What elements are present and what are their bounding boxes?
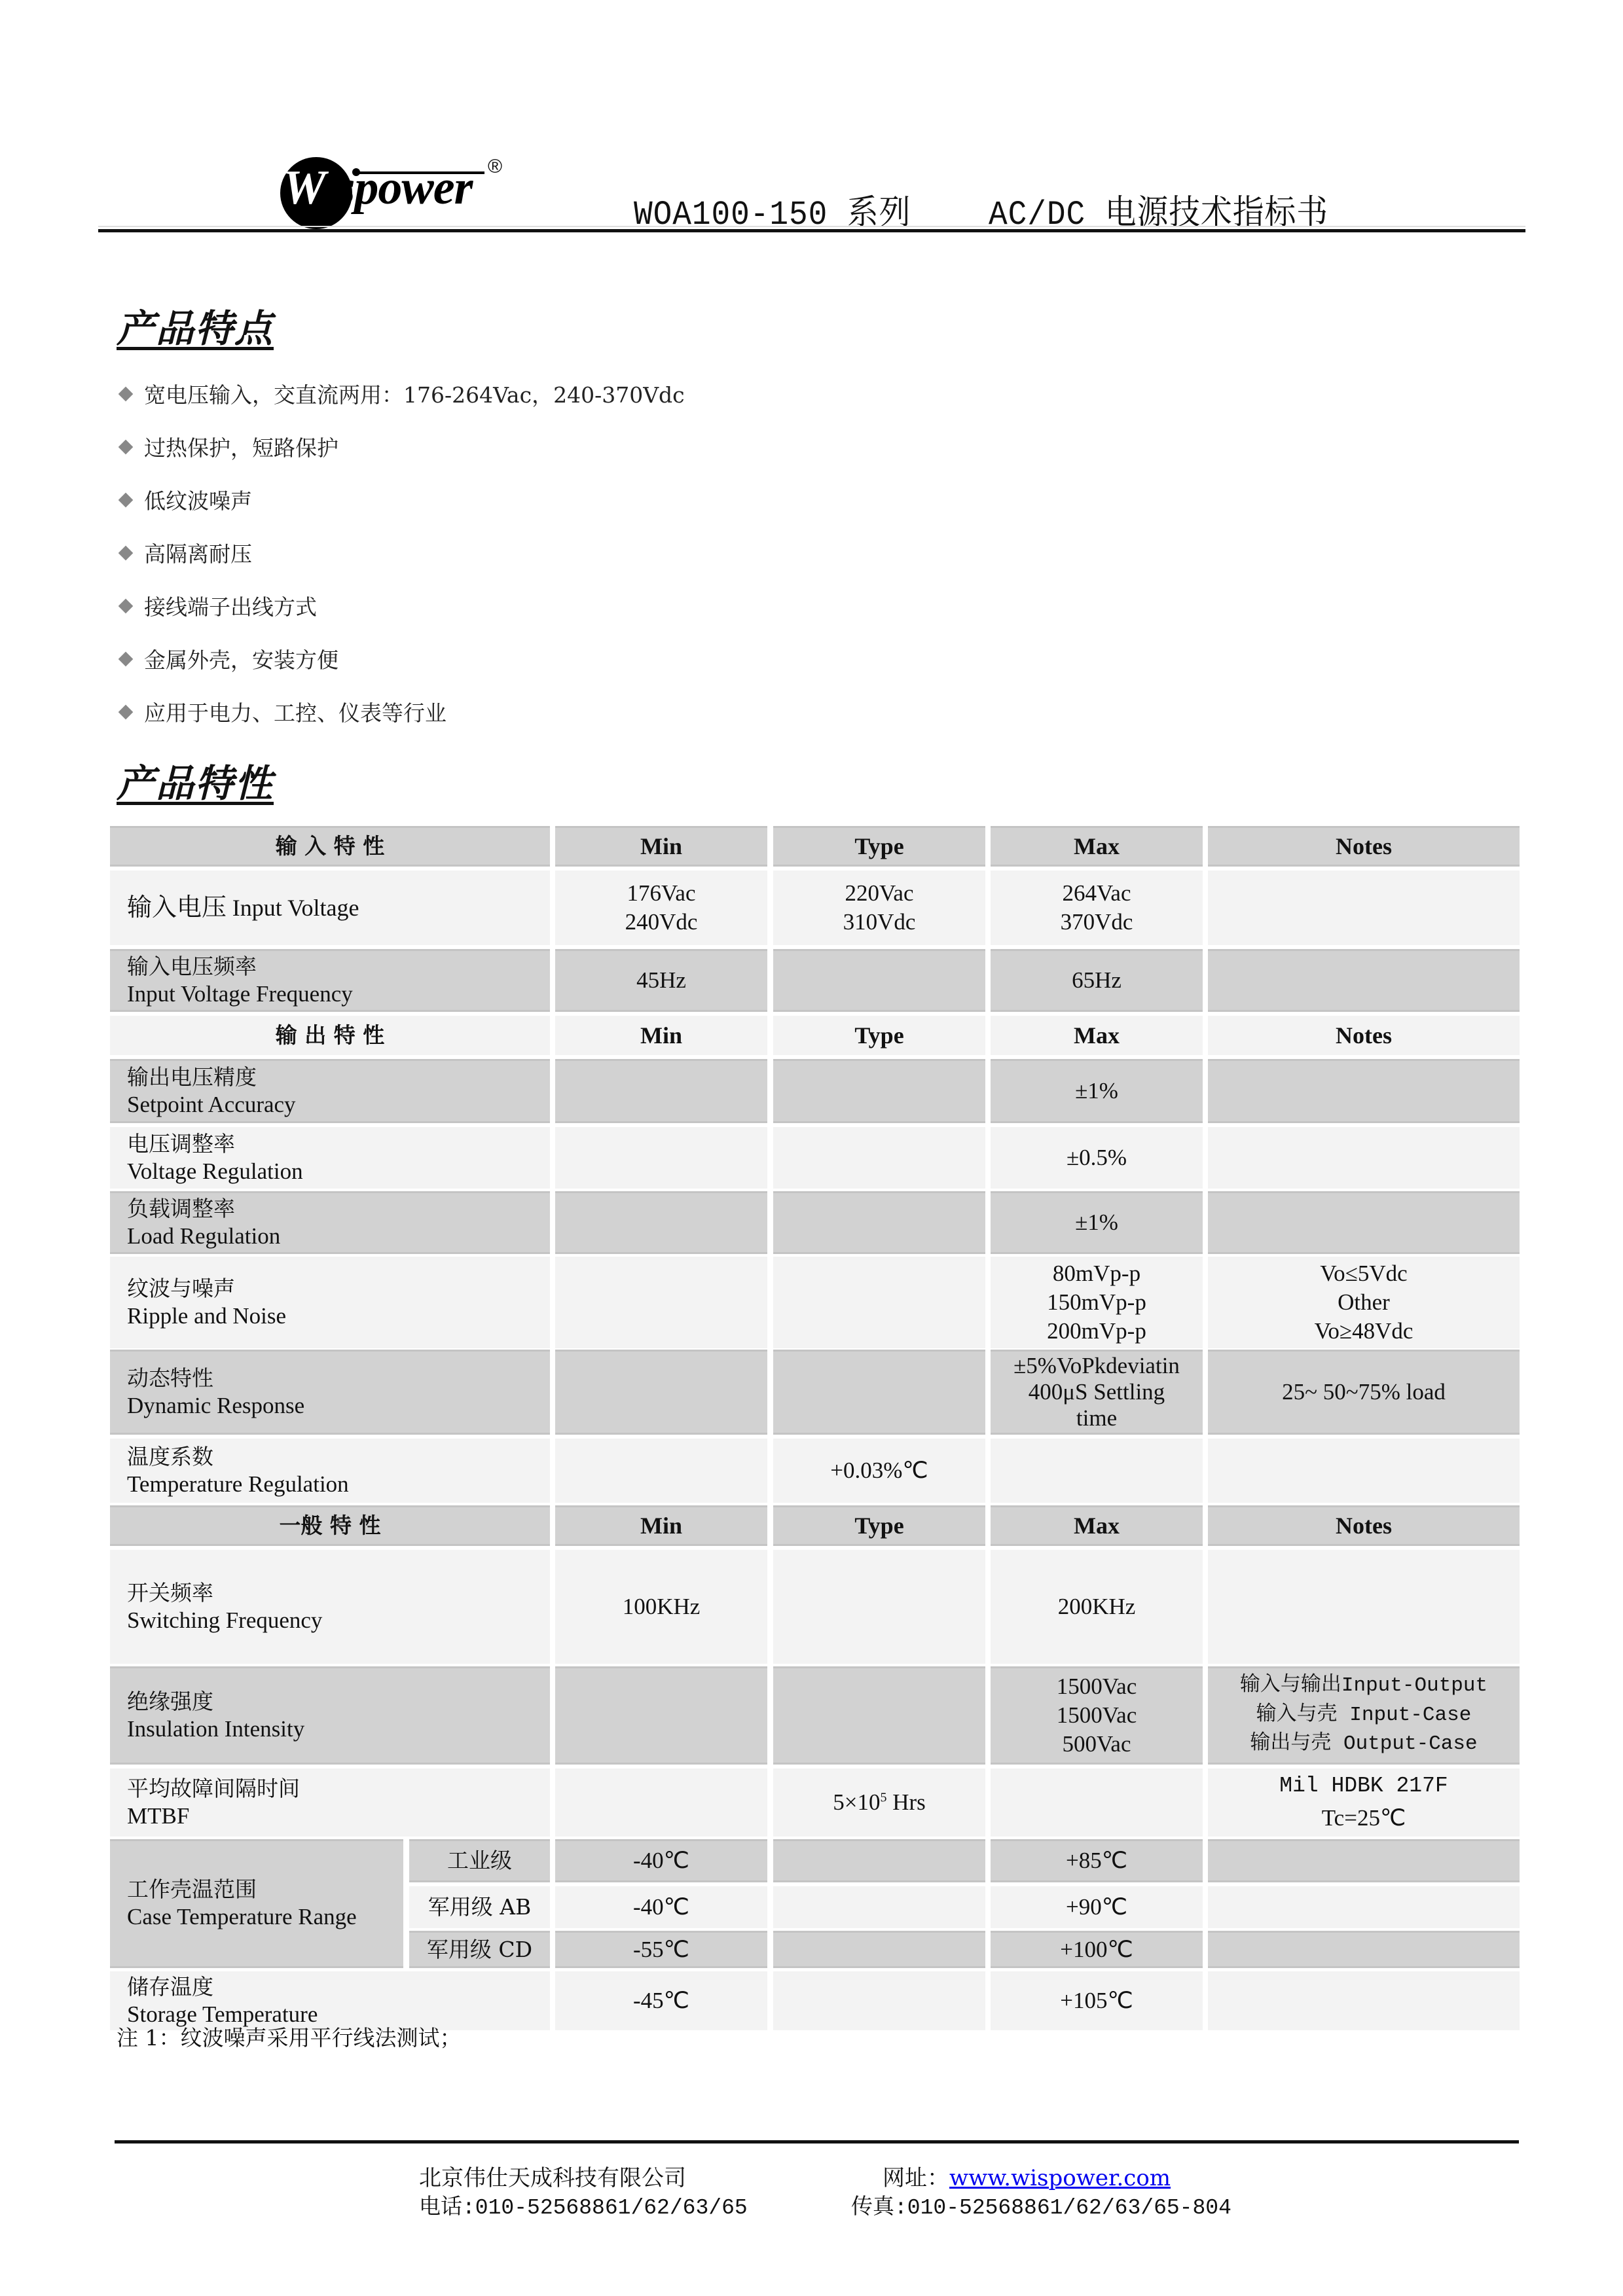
param-setpoint-accuracy: 输出电压精度Setpoint Accuracy [110,1059,550,1123]
output-section-header: 输 出 特 性 [110,1016,550,1055]
param-input-voltage: 输入电压 Input Voltage [110,870,550,945]
diamond-bullet-icon [119,386,134,401]
param-voltage-regulation: 电压调整率Voltage Regulation [110,1127,550,1189]
general-section-header: 一般 特 性 [110,1505,550,1546]
value-type [773,1886,985,1928]
grade-military-cd: 军用级 CD [409,1931,550,1968]
value-notes [1208,870,1520,945]
value-notes: 输入与输出Input-Output输入与壳 Input-Case输出与壳 Out… [1208,1666,1520,1765]
feature-item: 宽电压输入，交直流两用：176-264Vac，240-370Vdc [117,378,685,409]
footer-rule [115,2140,1519,2144]
value-max: 264Vac370Vdc [991,870,1203,945]
value-max: ±1% [991,1191,1203,1254]
column-header-type: Type [773,826,985,867]
param-mtbf: 平均故障间隔时间MTBF [110,1768,550,1837]
column-header-max: Max [991,1016,1203,1055]
value-notes [1208,1886,1520,1928]
value-min: 176Vac240Vdc [555,870,767,945]
phone: 电话:010-52568861/62/63/65 [419,2189,748,2220]
value-type [773,1191,985,1254]
column-header-max: Max [991,1505,1203,1546]
value-type [773,1971,985,2030]
value-min [555,1350,767,1435]
value-type [773,1666,985,1765]
value-max: 1500Vac1500Vac500Vac [991,1666,1203,1765]
value-type [773,1059,985,1123]
column-header-min: Min [555,1016,767,1055]
param-ripple-noise: 纹波与噪声Ripple and Noise [110,1257,550,1348]
value-notes: 25~ 50~75% load [1208,1350,1520,1435]
value-type [773,1839,985,1882]
value-min: -40℃ [555,1886,767,1928]
value-notes: Mil HDBK 217FTc=25℃ [1208,1768,1520,1837]
value-type [773,1127,985,1189]
value-min: -45℃ [555,1971,767,2030]
value-type [773,1931,985,1968]
specs-title: 产品特性 [117,753,274,808]
value-min [555,1257,767,1348]
registered-mark: ® [488,156,502,178]
value-notes [1208,1439,1520,1503]
value-min [555,1059,767,1123]
column-header-notes: Notes [1208,1016,1520,1055]
fax: 传真:010-52568861/62/63/65-804 [851,2189,1231,2220]
company-name: 北京伟仕天成科技有限公司 [419,2160,686,2192]
param-case-temperature: 工作壳温范围Case Temperature Range [110,1839,403,1968]
param-insulation-intensity: 绝缘强度Insulation Intensity [110,1666,550,1765]
value-notes [1208,1839,1520,1882]
value-notes [1208,1059,1520,1123]
grade-industrial: 工业级 [409,1839,550,1882]
footnote: 注 1：纹波噪声采用平行线法测试； [117,2021,462,2052]
website: 网址：www.wispower.com [883,2160,1171,2192]
value-type [773,1550,985,1664]
value-notes [1208,1127,1520,1189]
header-rule [98,229,1525,232]
diamond-bullet-icon [119,704,134,719]
value-max [991,1439,1203,1503]
value-min: 100KHz [555,1550,767,1664]
value-type: 220Vac310Vdc [773,870,985,945]
value-max: 80mVp-p150mVp-p200mVp-p [991,1257,1203,1348]
diamond-bullet-icon [119,545,134,560]
value-max: +100℃ [991,1931,1203,1968]
diamond-bullet-icon [119,439,134,454]
value-notes: Vo≤5VdcOtherVo≥48Vdc [1208,1257,1520,1348]
column-header-type: Type [773,1505,985,1546]
features-title: 产品特点 [117,298,274,353]
column-header-notes: Notes [1208,1505,1520,1546]
column-header-max: Max [991,826,1203,867]
value-type: +0.03%℃ [773,1439,985,1503]
input-section-header: 输 入 特 性 [110,826,550,867]
value-max [991,1768,1203,1837]
value-min [555,1439,767,1503]
feature-item: 过热保护，短路保护 [117,431,338,462]
param-input-frequency: 输入电压频率Input Voltage Frequency [110,949,550,1012]
value-max: +90℃ [991,1886,1203,1928]
grade-military-ab: 军用级 AB [409,1886,550,1928]
column-header-notes: Notes [1208,826,1520,867]
value-max: +105℃ [991,1971,1203,2030]
value-min [555,1666,767,1765]
value-min [555,1768,767,1837]
website-link[interactable]: www.wispower.com [949,2165,1171,2191]
value-type [773,1350,985,1435]
value-min: -55℃ [555,1931,767,1968]
value-min [555,1127,767,1189]
feature-item: 金属外壳，安装方便 [117,643,338,674]
value-notes [1208,1550,1520,1664]
diamond-bullet-icon [119,598,134,613]
value-max: ±5%VoPkdeviatin400μS Settlingtime [991,1350,1203,1435]
diamond-bullet-icon [119,492,134,507]
param-temperature-regulation: 温度系数Temperature Regulation [110,1439,550,1503]
diamond-bullet-icon [119,651,134,666]
value-min: -40℃ [555,1839,767,1882]
feature-item: 应用于电力、工控、仪表等行业 [117,696,447,727]
feature-item: 低纹波噪声 [117,484,252,515]
value-max: ±1% [991,1059,1203,1123]
value-notes [1208,1931,1520,1968]
feature-item: 接线端子出线方式 [117,590,317,621]
value-notes [1208,1971,1520,2030]
param-dynamic-response: 动态特性Dynamic Response [110,1350,550,1435]
column-header-min: Min [555,1505,767,1546]
value-max: ±0.5% [991,1127,1203,1189]
value-min: 45Hz [555,949,767,1012]
value-type [773,949,985,1012]
feature-item: 高隔离耐压 [117,537,252,568]
header-rule-thin [98,226,1525,227]
column-header-type: Type [773,1016,985,1055]
value-type: 5×105 Hrs [773,1768,985,1837]
param-switching-frequency: 开关频率Switching Frequency [110,1550,550,1664]
value-notes [1208,1191,1520,1254]
value-max: 200KHz [991,1550,1203,1664]
logo-line [357,171,484,174]
param-load-regulation: 负载调整率Load Regulation [110,1191,550,1254]
value-max: 65Hz [991,949,1203,1012]
value-type [773,1257,985,1348]
column-header-min: Min [555,826,767,867]
value-min [555,1191,767,1254]
value-notes [1208,949,1520,1012]
value-max: +85℃ [991,1839,1203,1882]
